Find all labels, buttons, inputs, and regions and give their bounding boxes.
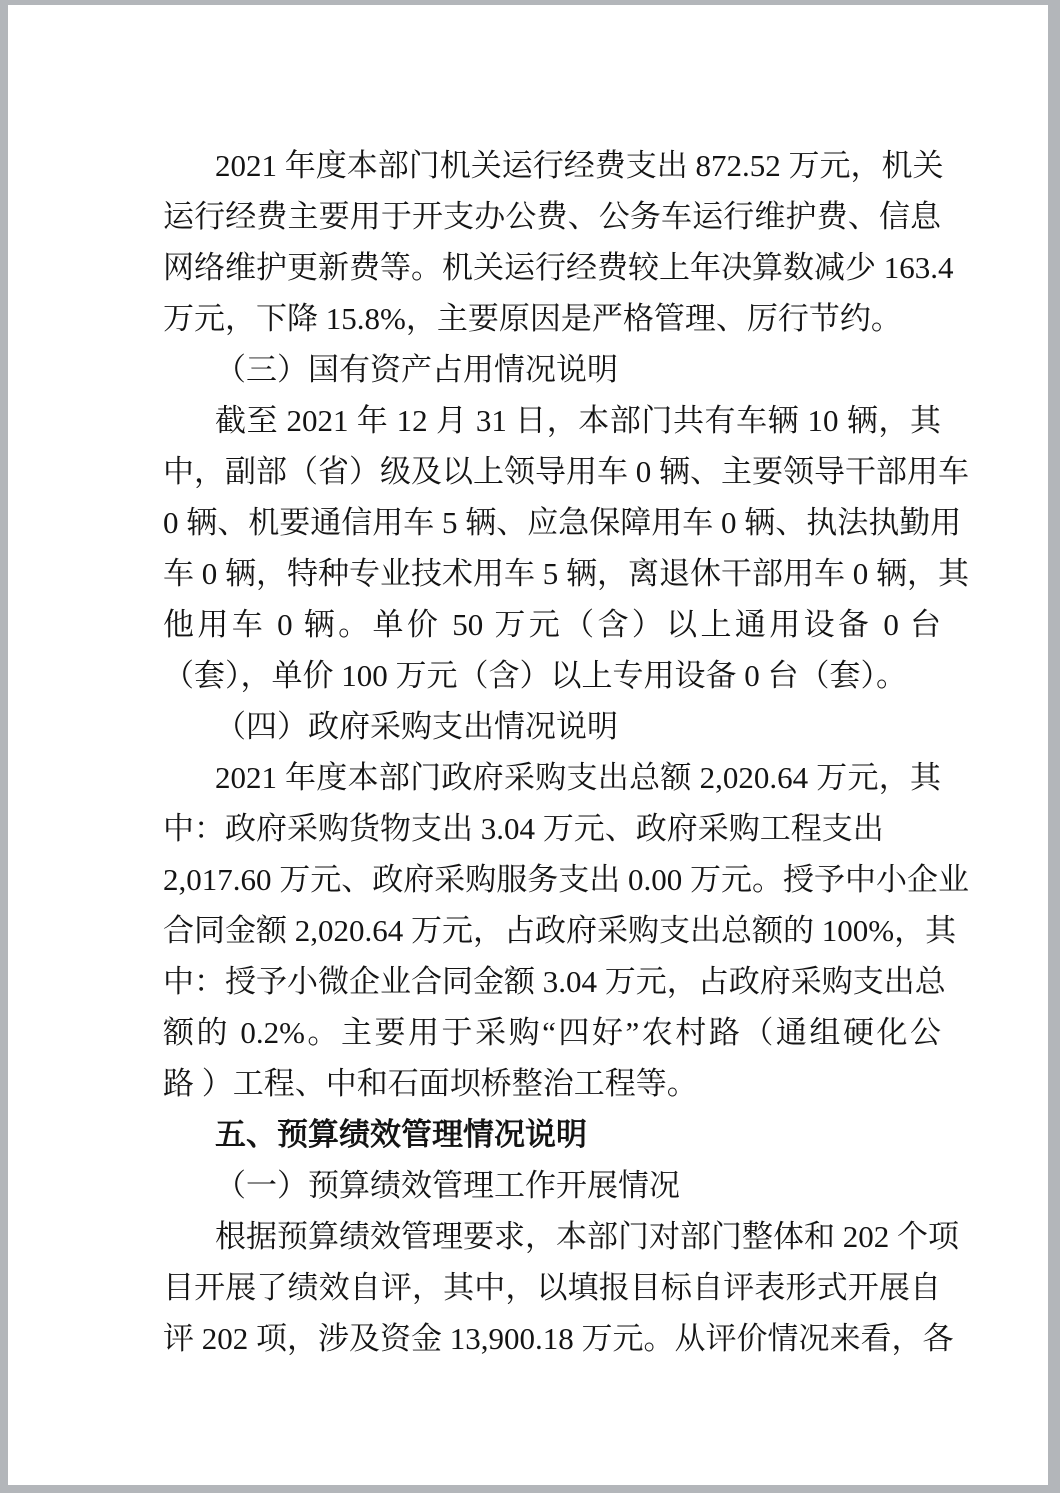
viewer-background: { "page": { "frame_color": "#b3b6ba", "p…: [0, 0, 1060, 1493]
paragraph-line: 合同金额 2,020.64 万元，占政府采购支出总额的 100%，其: [163, 905, 941, 956]
paragraph-line: 运行经费主要用于开支办公费、公务车运行维护费、信息: [163, 191, 941, 242]
paragraph-line: 中：授予小微企业合同金额 3.04 万元，占政府采购支出总: [163, 956, 941, 1007]
paragraph-line: 中：政府采购货物支出 3.04 万元、政府采购工程支出: [163, 803, 941, 854]
paragraph-line: 截至 2021 年 12 月 31 日，本部门共有车辆 10 辆，其: [163, 395, 941, 446]
document-body: 2021 年度本部门机关运行经费支出 872.52 万元，机关 运行经费主要用于…: [163, 140, 941, 1364]
paragraph-line: （套），单价 100 万元（含）以上专用设备 0 台（套）。: [163, 650, 941, 701]
subsection-heading-performance-work: （一）预算绩效管理工作开展情况: [163, 1160, 941, 1211]
paragraph-line: 车 0 辆，特种专业技术用车 5 辆，离退休干部用车 0 辆，其: [163, 548, 941, 599]
paragraph-line: 他用车 0 辆。单价 50 万元（含）以上通用设备 0 台: [163, 599, 941, 650]
paragraph-line: 目开展了绩效自评，其中，以填报目标自评表形式开展自: [163, 1262, 941, 1313]
paragraph-line: 2021 年度本部门政府采购支出总额 2,020.64 万元，其: [163, 752, 941, 803]
paragraph-line: 2,017.60 万元、政府采购服务支出 0.00 万元。授予中小企业: [163, 854, 941, 905]
paragraph-line: 路 ）工程、中和石面坝桥整治工程等。: [163, 1058, 941, 1109]
paragraph-line: 0 辆、机要通信用车 5 辆、应急保障用车 0 辆、执法执勤用: [163, 497, 941, 548]
section-heading-procurement: （四）政府采购支出情况说明: [163, 701, 941, 752]
paragraph-line: 2021 年度本部门机关运行经费支出 872.52 万元，机关: [163, 140, 941, 191]
paragraph-line: 评 202 项，涉及资金 13,900.18 万元。从评价情况来看，各: [163, 1313, 941, 1364]
paragraph-line: 网络维护更新费等。机关运行经费较上年决算数减少 163.4: [163, 242, 941, 293]
section-heading-state-assets: （三）国有资产占用情况说明: [163, 344, 941, 395]
paragraph-line: 中，副部（省）级及以上领导用车 0 辆、主要领导干部用车: [163, 446, 941, 497]
document-page: 2021 年度本部门机关运行经费支出 872.52 万元，机关 运行经费主要用于…: [8, 5, 1048, 1485]
paragraph-line: 额的 0.2%。主要用于采购“四好”农村路（通组硬化公: [163, 1007, 941, 1058]
section-heading-budget-performance: 五、预算绩效管理情况说明: [163, 1109, 941, 1160]
paragraph-line: 万元，下降 15.8%，主要原因是严格管理、厉行节约。: [163, 293, 941, 344]
paragraph-line: 根据预算绩效管理要求，本部门对部门整体和 202 个项: [163, 1211, 941, 1262]
